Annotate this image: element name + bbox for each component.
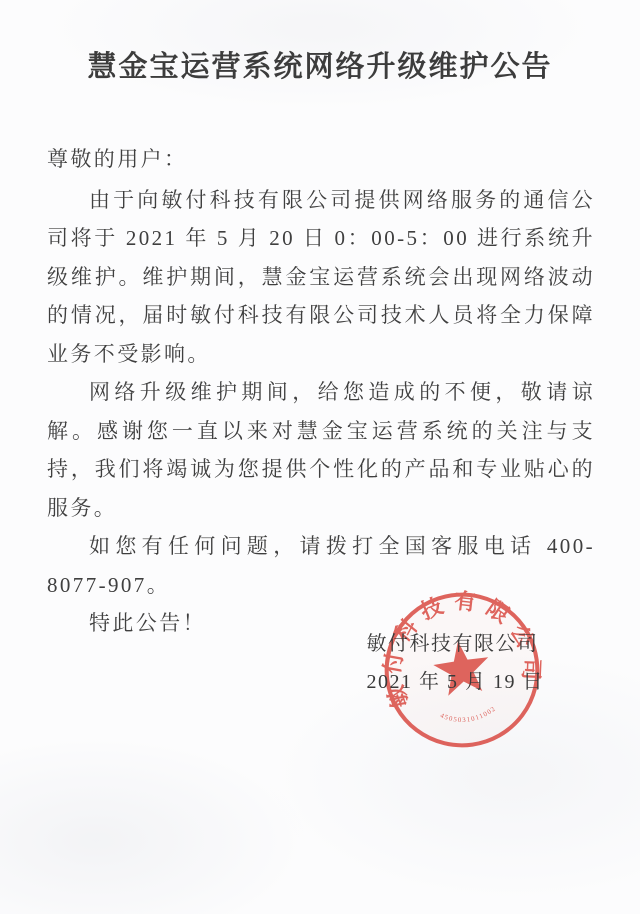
- document-page: 慧金宝运营系统网络升级维护公告 尊敬的用户： 由于向敏付科技有限公司提供网络服务…: [0, 0, 640, 914]
- signature-date: 2021 年 5 月 19 日: [367, 663, 545, 701]
- paragraph-maintenance-notice: 由于向敏付科技有限公司提供网络服务的通信公司将于 2021 年 5 月 20 日…: [47, 181, 595, 374]
- signature-company: 敏付科技有限公司: [367, 625, 545, 663]
- signature-block: 敏付科技有限公司 2021 年 5 月 19 日: [367, 625, 545, 701]
- document-body: 尊敬的用户： 由于向敏付科技有限公司提供网络服务的通信公司将于 2021 年 5…: [47, 140, 595, 643]
- document-title: 慧金宝运营系统网络升级维护公告: [0, 44, 640, 85]
- greeting: 尊敬的用户：: [47, 140, 595, 179]
- paragraph-apology-thanks: 网络升级维护期间，给您造成的不便，敬请谅解。感谢您一直以来对慧金宝运营系统的关注…: [47, 373, 595, 527]
